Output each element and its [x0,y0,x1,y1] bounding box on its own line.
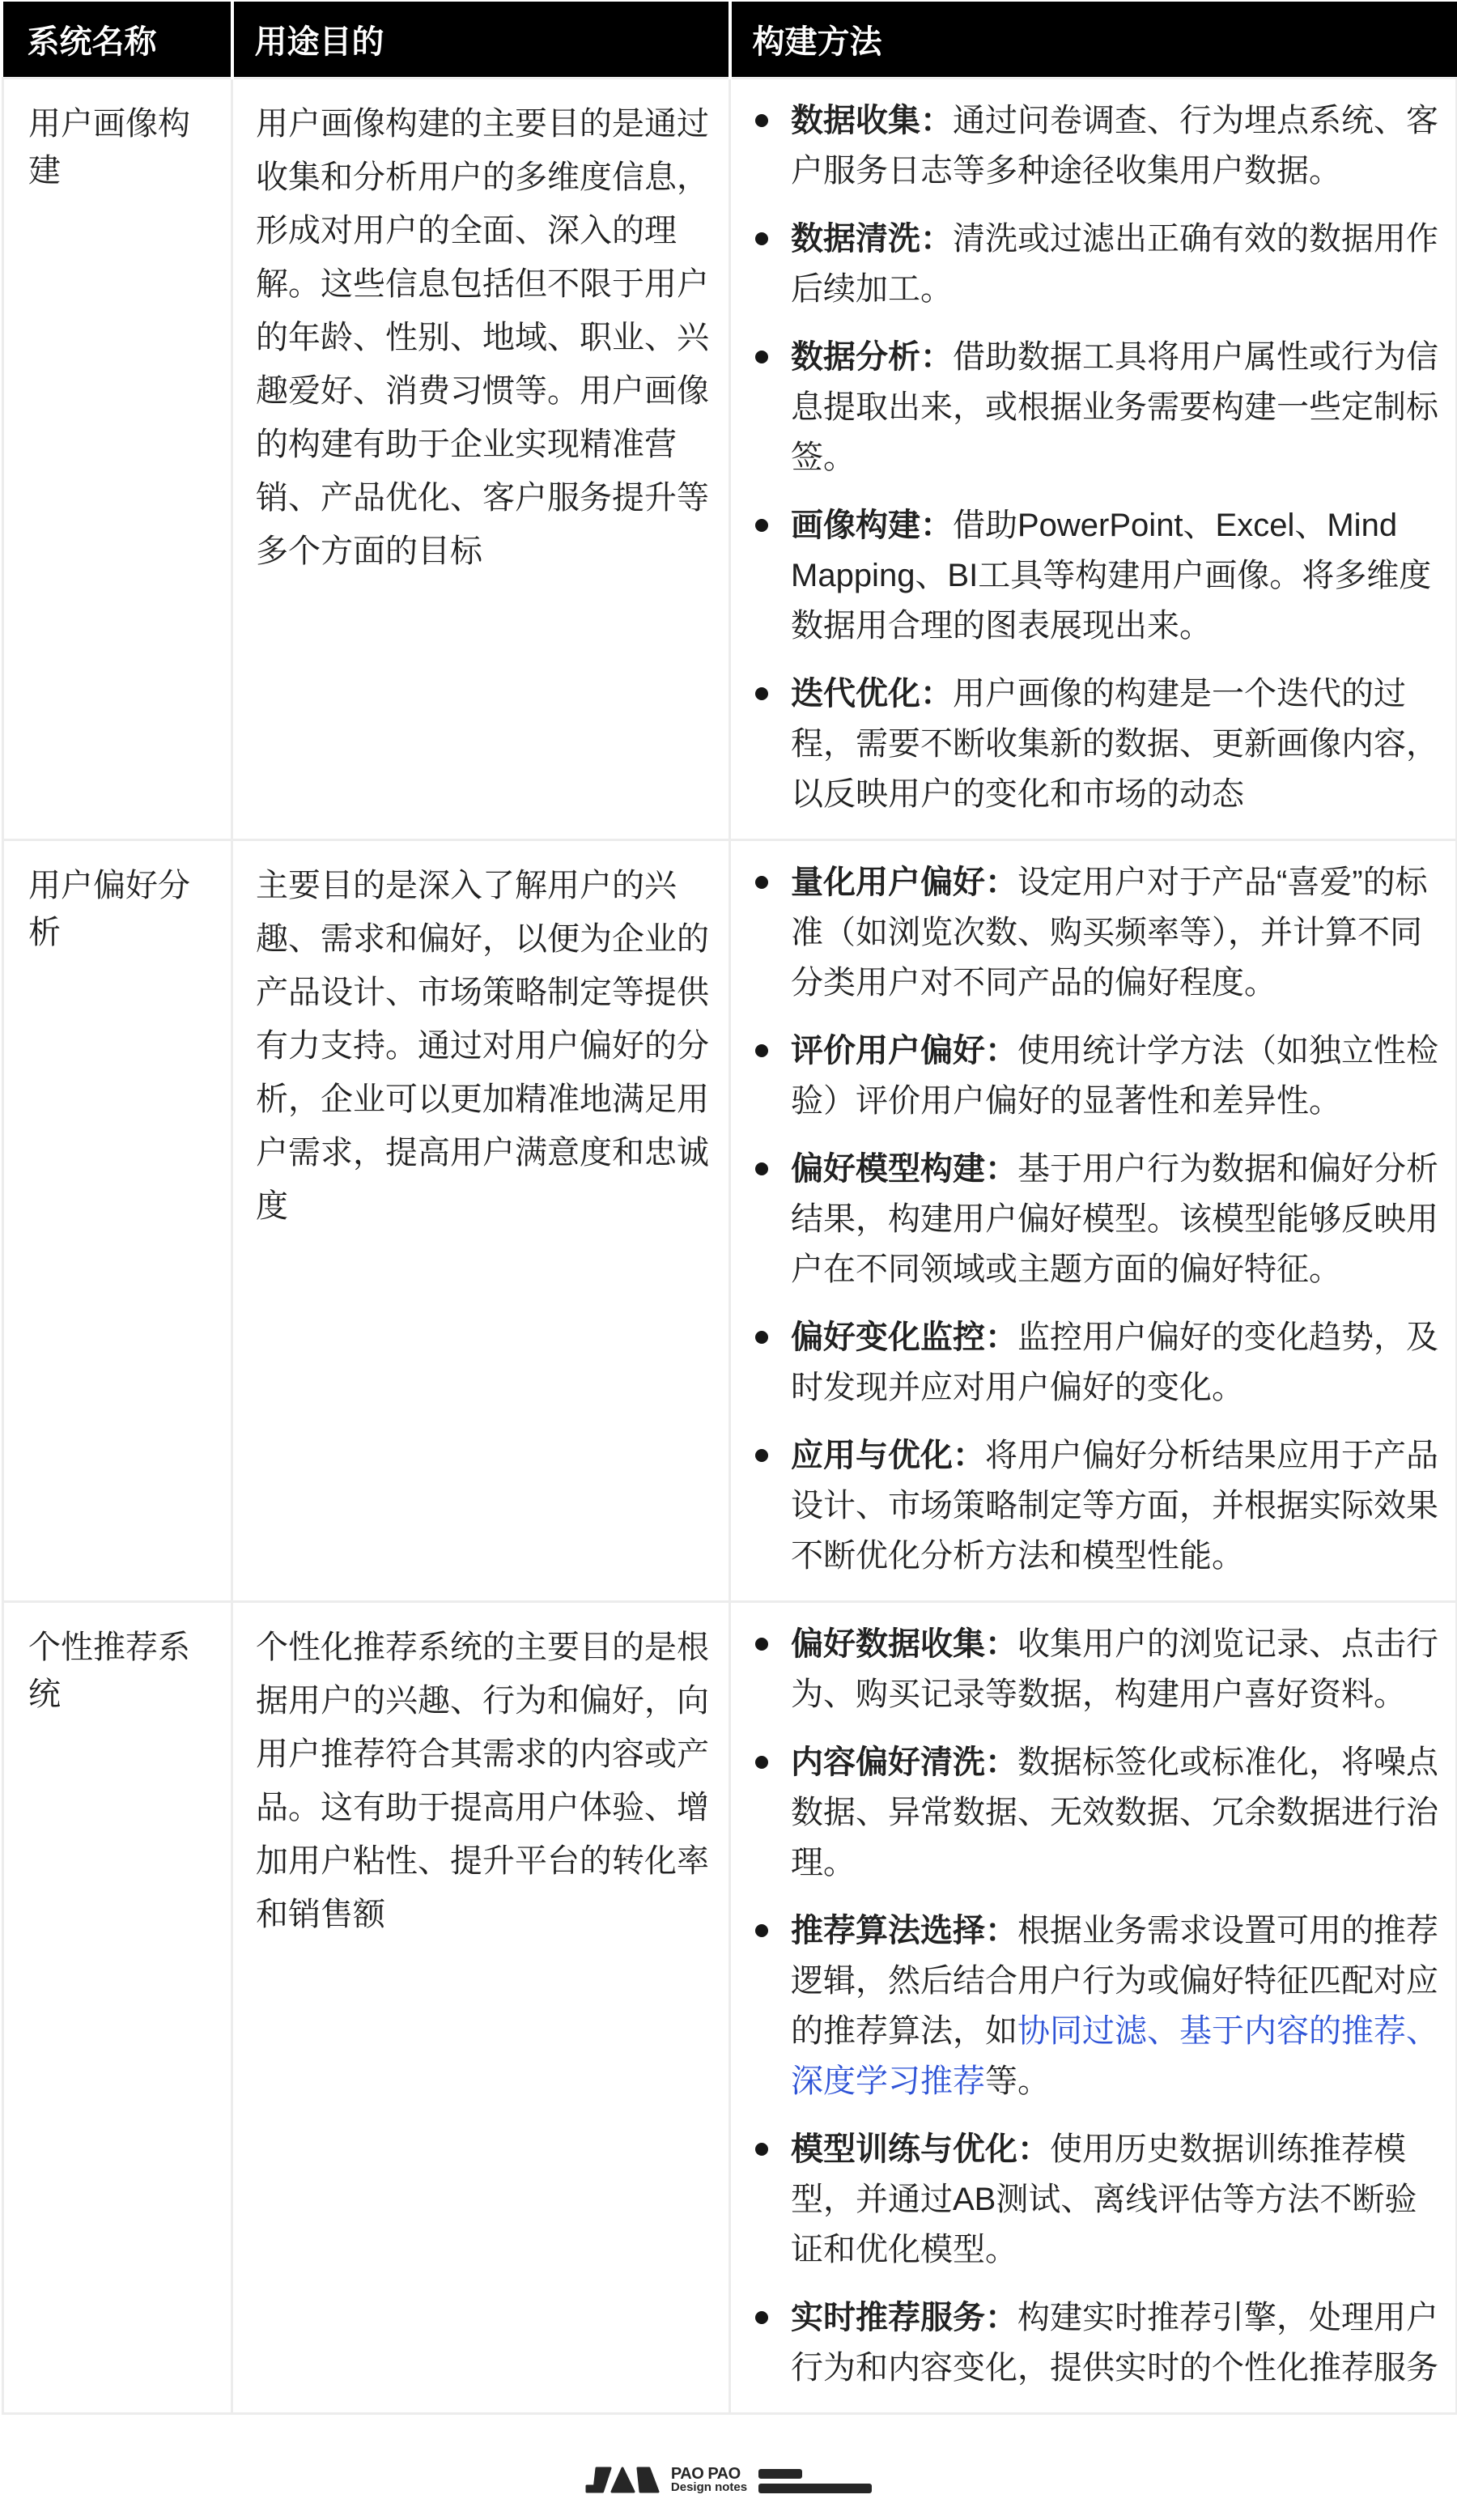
method-item: 模型训练与优化：使用历史数据训练推荐模型，并通过AB测试、离线评估等方法不断验证… [750,2124,1442,2275]
table-header: 系统名称 用途目的 构建方法 [3,2,1457,78]
method-label: 评价用户偏好： [791,1033,1017,1069]
methods-list: 偏好数据收集：收集用户的浏览记录、点击行为、购买记录等数据，构建用户喜好资料。内… [750,1619,1442,2393]
method-item: 偏好数据收集：收集用户的浏览记录、点击行为、购买记录等数据，构建用户喜好资料。 [750,1619,1442,1719]
method-text: 等。 [985,2063,1050,2099]
method-label: 模型训练与优化： [791,2131,1050,2167]
methods-cell: 量化用户偏好：设定用户对于产品“喜爱”的标准（如浏览次数、购买频率等），并计算不… [730,839,1457,1601]
method-label: 偏好数据收集： [791,1626,1017,1662]
systems-table: 系统名称 用途目的 构建方法 用户画像构建用户画像构建的主要目的是通过收集和分析… [2,2,1457,2415]
methods-list: 量化用户偏好：设定用户对于产品“喜爱”的标准（如浏览次数、购买频率等），并计算不… [750,857,1442,1581]
method-item: 推荐算法选择：根据业务需求设置可用的推荐逻辑，然后结合用户行为或偏好特征匹配对应… [750,1906,1442,2106]
method-item: 数据收集：通过问卷调查、行为埋点系统、客户服务日志等多种途径收集用户数据。 [750,96,1442,196]
logo-bar-short [758,2469,802,2479]
paopao-logo: PAO PAO Design notes [585,2467,872,2494]
method-label: 内容偏好清洗： [791,1744,1017,1780]
method-item: 应用与优化：将用户偏好分析结果应用于产品设计、市场策略制定等方面，并根据实际效果… [750,1430,1442,1581]
header-row: 系统名称 用途目的 构建方法 [3,2,1457,78]
col-header-method: 构建方法 [730,2,1457,78]
method-label: 量化用户偏好： [791,865,1017,900]
logo-bars-icon [758,2469,872,2493]
system-name-cell: 个性推荐系统 [3,1601,232,2413]
table-row: 用户偏好分析主要目的是深入了解用户的兴趣、需求和偏好，以便为企业的产品设计、市场… [3,839,1457,1601]
purpose-cell: 用户画像构建的主要目的是通过收集和分析用户的多维度信息，形成对用户的全面、深入的… [232,78,730,839]
purpose-cell: 主要目的是深入了解用户的兴趣、需求和偏好，以便为企业的产品设计、市场策略制定等提… [232,839,730,1601]
method-item: 数据清洗：清洗或过滤出正确有效的数据用作后续加工。 [750,214,1442,314]
method-item: 迭代优化：用户画像的构建是一个迭代的过程，需要不断收集新的数据、更新画像内容，以… [750,669,1442,819]
methods-cell: 偏好数据收集：收集用户的浏览记录、点击行为、购买记录等数据，构建用户喜好资料。内… [730,1601,1457,2413]
system-name-cell: 用户偏好分析 [3,839,232,1601]
col-header-system-name: 系统名称 [3,2,232,78]
method-item: 评价用户偏好：使用统计学方法（如独立性检验）评价用户偏好的显著性和差异性。 [750,1026,1442,1126]
methods-cell: 数据收集：通过问卷调查、行为埋点系统、客户服务日志等多种途径收集用户数据。数据清… [730,78,1457,839]
method-label: 数据清洗： [791,221,953,257]
method-item: 内容偏好清洗：数据标签化或标准化，将噪点数据、异常数据、无效数据、冗余数据进行治… [750,1737,1442,1888]
method-item: 实时推荐服务：构建实时推荐引擎，处理用户行为和内容变化，提供实时的个性化推荐服务 [750,2293,1442,2393]
method-label: 偏好模型构建： [791,1151,1017,1187]
method-label: 数据收集： [791,103,953,138]
purpose-cell: 个性化推荐系统的主要目的是根据用户的兴趣、行为和偏好，向用户推荐符合其需求的内容… [232,1601,730,2413]
brand-text-block: PAO PAO Design notes [671,2467,747,2494]
method-item: 偏好模型构建：基于用户行为数据和偏好分析结果，构建用户偏好模型。该模型能够反映用… [750,1144,1442,1294]
brand-tagline: Design notes [671,2481,747,2494]
col-header-purpose: 用途目的 [232,2,730,78]
method-label: 数据分析： [791,339,953,375]
method-label: 画像构建： [791,508,953,543]
method-item: 偏好变化监控：监控用户偏好的变化趋势，及时发现并应对用户偏好的变化。 [750,1312,1442,1413]
method-label: 偏好变化监控： [791,1319,1017,1355]
table-row: 用户画像构建用户画像构建的主要目的是通过收集和分析用户的多维度信息，形成对用户的… [3,78,1457,839]
method-label: 推荐算法选择： [791,1913,1017,1948]
logo-bar-long [758,2484,872,2493]
table-body: 用户画像构建用户画像构建的主要目的是通过收集和分析用户的多维度信息，形成对用户的… [3,78,1457,2413]
table-row: 个性推荐系统个性化推荐系统的主要目的是根据用户的兴趣、行为和偏好，向用户推荐符合… [3,1601,1457,2413]
system-name-cell: 用户画像构建 [3,78,232,839]
brand-name: PAO PAO [671,2467,747,2481]
paopao-logo-mark-icon [585,2467,660,2493]
method-item: 数据分析：借助数据工具将用户属性或行为信息提取出来，或根据业务需要构建一些定制标… [750,332,1442,482]
method-item: 量化用户偏好：设定用户对于产品“喜爱”的标准（如浏览次数、购买频率等），并计算不… [750,857,1442,1008]
footer: PAO PAO Design notes [0,2467,1457,2494]
method-label: 实时推荐服务： [791,2300,1017,2335]
method-label: 迭代优化： [791,676,953,712]
method-label: 应用与优化： [791,1438,985,1473]
method-item: 画像构建：借助PowerPoint、Excel、Mind Mapping、BI工… [750,500,1442,651]
methods-list: 数据收集：通过问卷调查、行为埋点系统、客户服务日志等多种途径收集用户数据。数据清… [750,96,1442,819]
